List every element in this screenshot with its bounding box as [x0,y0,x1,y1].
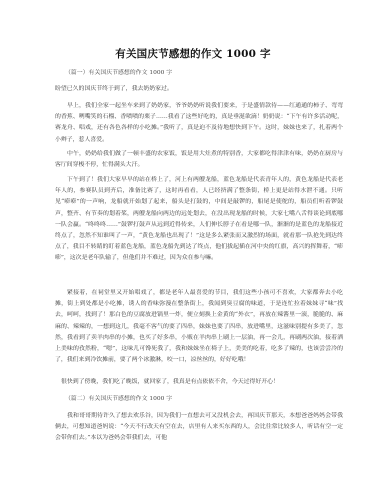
paragraph-block: 紧接着，在祠堂里又开始唱戏了，都是老年人最喜爱的节目，我们这些小孩可不喜欢，大家… [55,288,343,366]
paragraph: 盼望已久的国庆节终于到了，我去奶奶家过。 [55,84,343,95]
paragraph: 紧接着，在祠堂里又开始唱戏了，都是老年人最喜爱的节目，我们这些小孩可不喜欢，大家… [55,288,343,366]
paragraph-block: 我和哥哥期待许久了想去欢乐谷，因为我们一直想去可又没机会去，再国庆节那天，本想爸… [55,411,343,445]
paragraph-block: 盼望已久的国庆节终于到了，我去奶奶家过。 [55,84,343,95]
paragraph: 很快到了傍晚，我们吃了晚饭，就回家了，我真是有点依依不舍，今天过得好开心！ [55,377,343,388]
paragraph: 早上，我们全家一起坐车来到了奶奶家，爷爷奶奶听说我们要来，于是盛情款待——红通通… [55,101,343,146]
paragraph-block: 中午，奶奶给我们做了一顿丰盛的农家饭，饭是用大灶煮的特别香，大家都吃得津津有味，… [55,149,343,171]
paragraph-block: 很快到了傍晚，我们吃了晚饭，就回家了，我真是有点依依不舍，今天过得好开心！ [55,377,343,388]
document-page: 有关国庆节感想的作文 1000 字 （篇一）有关国庆节感想的作文 1000 字 … [0,0,386,500]
paragraph-block: 早上，我们全家一起坐车来到了奶奶家，爷爷奶奶听说我们要来，于是盛情款待——红通通… [55,101,343,146]
section-heading: （篇一）有关国庆节感想的作文 1000 字 [55,68,343,79]
paragraph: 中午，奶奶给我们做了一顿丰盛的农家饭，饭是用大灶煮的特别香，大家都吃得津津有味，… [55,149,343,171]
document-title: 有关国庆节感想的作文 1000 字 [0,46,386,61]
section-2-heading-block: （篇二）有关国庆节感想的作文 1000 字 [55,394,343,405]
section-1-heading-block: （篇一）有关国庆节感想的作文 1000 字 [55,68,343,79]
paragraph-block: 下午到了！我们大家早早的站在桥上了，河上有两艘龙船，蓝色龙船是代表青年人的，黄色… [55,175,343,265]
paragraph: 下午到了！我们大家早早的站在桥上了，河上有两艘龙船，蓝色龙船是代表青年人的，黄色… [55,175,343,265]
section-heading: （篇二）有关国庆节感想的作文 1000 字 [55,394,343,405]
paragraph: 我和哥哥期待许久了想去欢乐谷，因为我们一直想去可又没机会去，再国庆节那天，本想爸… [55,411,343,445]
